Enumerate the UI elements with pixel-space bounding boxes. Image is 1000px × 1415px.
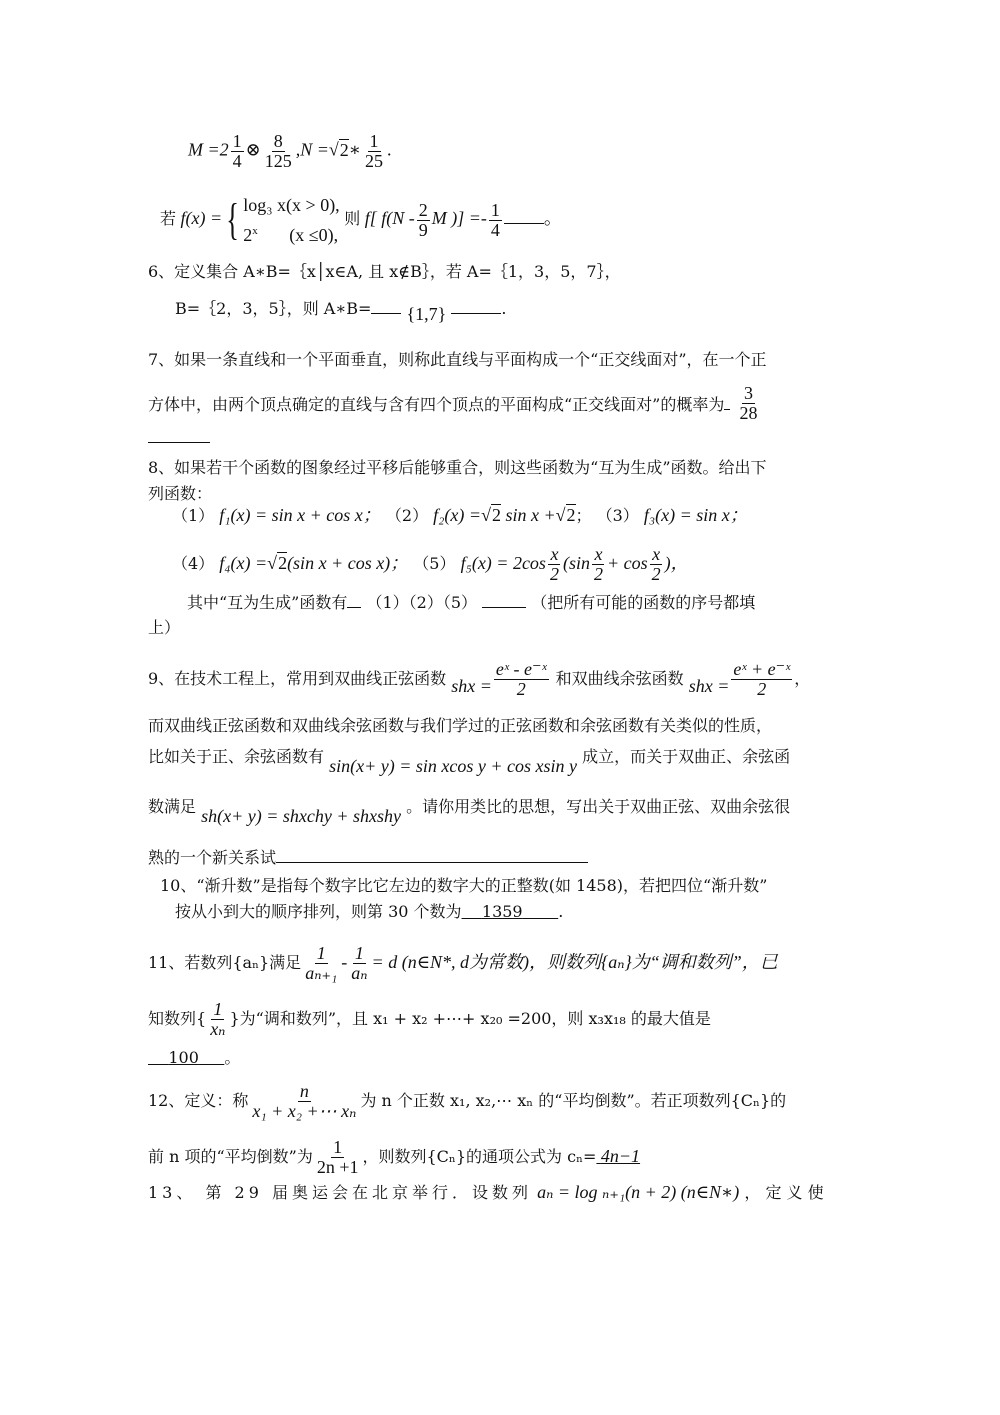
- q10-line1: 10、“渐升数”是指每个数字比它左边的数字大的正整数(如 1458)，若把四位“…: [160, 876, 767, 896]
- q5-line1: M =214⊗8125,N =√2∗125.: [188, 132, 392, 171]
- q9-line4: 数满足 sh(x+ y) = shxchy + shxshy 。请你用类比的思想…: [148, 796, 790, 817]
- answer-blank: [504, 223, 544, 224]
- q8-answer: （1）（2）（5）: [366, 593, 477, 612]
- q11-answer: 100: [148, 1048, 224, 1067]
- star-op: ∗: [349, 140, 361, 160]
- q8-f-row1: （1） f₁(x) = sin x + cos x； （2） f₂(x) =√2…: [172, 505, 748, 526]
- otimes-icon: ⊗: [246, 140, 261, 160]
- q12-line2: 前 n 项的“平均倒数”为12n +1，则数列{Cₙ}的通项公式为 cₙ= 4n…: [148, 1138, 640, 1177]
- q9-line2: 而双曲线正弦函数和双曲线余弦函数与我们学过的正弦函数和余弦函数有关类似的性质，: [148, 716, 772, 736]
- q11-line2: 知数列{1xₙ}为“调和数列”，且 x₁ + x₂ +⋯+ x₂₀ =200，则…: [148, 1000, 711, 1039]
- q8-answer-line: 其中“互为生成”函数有 （1）（2）（5） （把所有可能的函数的序号都填: [187, 593, 755, 613]
- q6-answer: {1,7}: [406, 304, 446, 324]
- q8-line2: 列函数：: [148, 484, 212, 504]
- q9-line5: 熟的一个新关系试: [148, 848, 588, 868]
- q9-line1: 9、在技术工程上，常用到双曲线正弦函数 shx =eˣ - e⁻ˣ2 和双曲线余…: [148, 660, 810, 699]
- q6-line2: B=｛2，3，5｝，则 A∗B= {1,7} .: [175, 298, 506, 319]
- q8-line1: 8、如果若干个函数的图象经过平移后能够重合，则这些函数为“互为生成”函数。给出下: [148, 458, 767, 478]
- q6-line1: 6、定义集合 A∗B=｛x│x∈A, 且 x∉B｝，若 A=｛1，3，5，7｝，: [148, 262, 621, 282]
- q13-line1: 13、 第 29 届奥运会在北京举行．设数列 aₙ = log ₙ₊₁(n + …: [148, 1182, 824, 1203]
- q10-line2: 按从小到大的顺序排列，则第 30 个数为 1359 .: [175, 902, 563, 922]
- brace-icon: {: [226, 198, 239, 242]
- sqrt-2: 2: [339, 139, 349, 160]
- q8-line-last: 上）: [148, 618, 180, 638]
- q8-f-row2: （4） f₄(x) =√2(sin x + cos x)； （5） f₅(x) …: [172, 545, 689, 584]
- q11-line1: 11、若数列{aₙ}满足1aₙ₊₁-1aₙ= d (n∈N*, d为常数)，则数…: [148, 944, 778, 983]
- piecewise-cases: log₃ x(x > 0),2x (x ≤0),: [243, 192, 339, 248]
- q7-line1: 7、如果一条直线和一个平面垂直，则称此直线与平面构成一个“正交线面对”，在一个正: [148, 350, 767, 370]
- q9-line3: 比如关于正、余弦函数有 sin(x+ y) = sin xcos y + cos…: [148, 746, 790, 767]
- frac-8-125: 8125: [263, 132, 294, 171]
- frac-1-4: 14: [231, 132, 244, 171]
- frac-2-9: 29: [417, 201, 430, 240]
- q10-answer: 1359: [462, 902, 559, 921]
- q7-line2: 方体中，由两个顶点确定的直线与含有四个顶点的平面构成“正交线面对”的概率为 32…: [148, 386, 761, 425]
- q7-answer-blank: [148, 442, 210, 443]
- q5-line2: 若 f(x) ={log₃ x(x > 0),2x (x ≤0), 则 f[ f…: [160, 192, 562, 248]
- q9-answer-blank: [276, 862, 588, 863]
- n-eq: ,N =: [296, 140, 329, 160]
- q12-answer: 4n−1: [596, 1146, 640, 1166]
- sinh-def: eˣ - e⁻ˣ2: [494, 660, 549, 699]
- answer-frac: 14: [489, 201, 502, 240]
- q11-answer-line: 100 。: [148, 1048, 240, 1068]
- cosh-def: eˣ + e⁻ˣ2: [731, 660, 792, 699]
- q12-line1: 12、定义：称nx₁ + x₂ +⋯ xₙ为 n 个正数 x₁, x₂,⋯ xₙ…: [148, 1082, 786, 1121]
- q7-answer: 328: [737, 384, 759, 423]
- frac-1-25: 125: [363, 132, 385, 171]
- m-eq: M =2: [188, 140, 229, 160]
